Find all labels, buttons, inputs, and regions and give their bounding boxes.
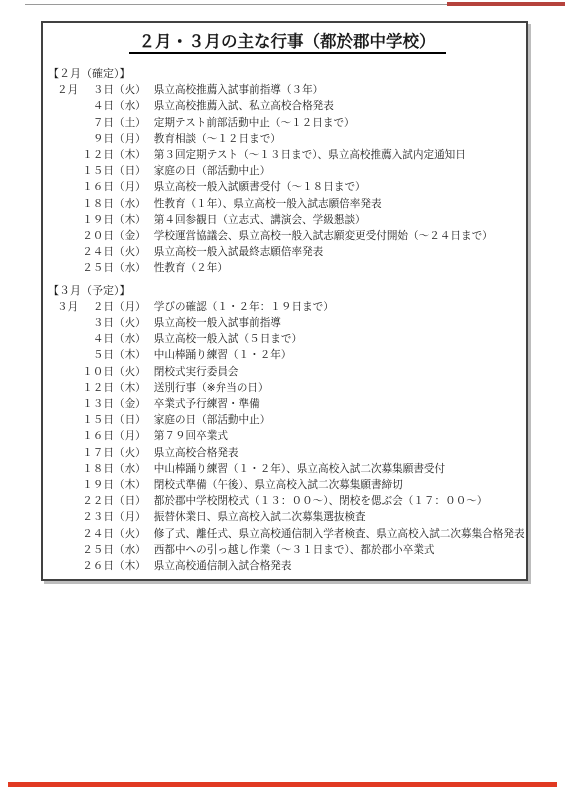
schedule-row: １８日（水）中山棒踊り練習（１・２年）、県立高校入試二次募集願書受付 bbox=[48, 461, 526, 477]
day-cell: １６日 bbox=[81, 179, 114, 195]
day-cell: ３日 bbox=[81, 315, 114, 331]
event-cell: 送別行事（※弁当の日） bbox=[154, 382, 269, 394]
event-cell: 第７９回卒業式 bbox=[154, 430, 228, 442]
event-cell: 県立高校一般入試事前指導 bbox=[154, 317, 281, 329]
event-cell: 西都中への引っ越し作業（～３１日まで）、都於郡小卒業式 bbox=[154, 544, 435, 556]
weekday-cell: （日） bbox=[114, 493, 146, 509]
section-heading-march: 【３月（予定）】 bbox=[48, 283, 526, 299]
schedule-row: １２日（木）送別行事（※弁当の日） bbox=[48, 380, 526, 396]
day-cell: ５日 bbox=[81, 347, 114, 363]
weekday-cell: （木） bbox=[114, 212, 146, 228]
day-cell: ４日 bbox=[81, 331, 114, 347]
month-cell: ３月 bbox=[57, 299, 81, 315]
section-heading-february: 【２月（確定）】 bbox=[48, 66, 526, 82]
weekday-cell: （土） bbox=[114, 115, 146, 131]
day-cell: １２日 bbox=[81, 147, 114, 163]
schedule-row: ２３日（月）振替休業日、県立高校入試二次募集選抜検査 bbox=[48, 509, 526, 525]
event-cell: 卒業式予行練習・準備 bbox=[154, 398, 260, 410]
weekday-cell: （木） bbox=[114, 477, 146, 493]
weekday-cell: （木） bbox=[114, 147, 146, 163]
day-cell: １８日 bbox=[81, 461, 114, 477]
event-cell: 家庭の日（部活動中止） bbox=[154, 165, 271, 177]
weekday-cell: （月） bbox=[114, 179, 146, 195]
schedule-row: １２日（木）第３回定期テスト（～１３日まで）、県立高校推薦入試内定通知日 bbox=[48, 147, 526, 163]
schedule-row: ９日（月）教育相談（～１２日まで） bbox=[48, 131, 526, 147]
schedule-row: １６日（月）県立高校一般入試願書受付（～１８日まで） bbox=[48, 179, 526, 195]
schedule-row: ２５日（水）性教育（２年） bbox=[48, 260, 526, 276]
event-cell: 都於郡中学校閉校式（１３：００～）、閉校を偲ぶ会（１７：００～） bbox=[154, 495, 488, 507]
schedule-row: ３日（火）県立高校一般入試事前指導 bbox=[48, 315, 526, 331]
schedule-row: ２２日（日）都於郡中学校閉校式（１３：００～）、閉校を偲ぶ会（１７：００～） bbox=[48, 493, 526, 509]
day-cell: １９日 bbox=[81, 477, 114, 493]
schedule-row: ２４日（火）県立高校一般入試最終志願倍率発表 bbox=[48, 244, 526, 260]
day-cell: １７日 bbox=[81, 445, 114, 461]
weekday-cell: （水） bbox=[114, 98, 146, 114]
weekday-cell: （月） bbox=[114, 509, 146, 525]
schedule-row: １３日（金）卒業式予行練習・準備 bbox=[48, 396, 526, 412]
bottom-red-bar bbox=[8, 782, 557, 787]
weekday-cell: （金） bbox=[114, 228, 146, 244]
title-row: ２月・３月の主な行事（都於郡中学校） bbox=[48, 31, 526, 53]
event-cell: 閉校式実行委員会 bbox=[154, 366, 239, 378]
weekday-cell: （木） bbox=[114, 347, 146, 363]
day-cell: ２４日 bbox=[81, 244, 114, 260]
top-divider-red-accent bbox=[447, 2, 565, 6]
weekday-cell: （水） bbox=[114, 331, 146, 347]
weekday-cell: （月） bbox=[114, 428, 146, 444]
weekday-cell: （水） bbox=[114, 542, 146, 558]
weekday-cell: （火） bbox=[114, 82, 146, 98]
weekday-cell: （水） bbox=[114, 196, 146, 212]
schedule-row: ５日（木）中山棒踊り練習（１・２年） bbox=[48, 347, 526, 363]
schedule-row: １０日（火）閉校式実行委員会 bbox=[48, 364, 526, 380]
day-cell: １０日 bbox=[81, 364, 114, 380]
event-cell: 性教育（２年） bbox=[154, 262, 228, 274]
event-cell: 定期テスト前部活動中止（～１２日まで） bbox=[154, 117, 355, 129]
event-cell: 学校運営協議会、県立高校一般入試志願変更受付開始（～２４日まで） bbox=[154, 230, 493, 242]
day-cell: ９日 bbox=[81, 131, 114, 147]
schedule-row: １９日（木）第４回参観日（立志式、講演会、学級懇談） bbox=[48, 212, 526, 228]
schedule-row: １５日（日）家庭の日（部活動中止） bbox=[48, 163, 526, 179]
event-cell: 県立高校合格発表 bbox=[154, 447, 239, 459]
event-cell: 中山棒踊り練習（１・２年） bbox=[154, 349, 292, 361]
day-cell: ２５日 bbox=[81, 542, 114, 558]
event-cell: 家庭の日（部活動中止） bbox=[154, 414, 271, 426]
schedule-row: １５日（日）家庭の日（部活動中止） bbox=[48, 412, 526, 428]
event-cell: 振替休業日、県立高校入試二次募集選抜検査 bbox=[154, 511, 366, 523]
day-cell: ３日 bbox=[81, 82, 114, 98]
weekday-cell: （日） bbox=[114, 163, 146, 179]
weekday-cell: （火） bbox=[114, 315, 146, 331]
day-cell: １６日 bbox=[81, 428, 114, 444]
day-cell: ２６日 bbox=[81, 558, 114, 574]
schedule-row: １９日（木）閉校式準備（午後）、県立高校入試二次募集願書締切 bbox=[48, 477, 526, 493]
weekday-cell: （日） bbox=[114, 412, 146, 428]
day-cell: １３日 bbox=[81, 396, 114, 412]
day-cell: ２日 bbox=[81, 299, 114, 315]
event-cell: 県立高校一般入試最終志願倍率発表 bbox=[154, 246, 324, 258]
event-cell: 教育相談（～１２日まで） bbox=[154, 133, 281, 145]
event-cell: 中山棒踊り練習（１・２年）、県立高校入試二次募集願書受付 bbox=[154, 463, 445, 475]
schedule-row: １６日（月）第７９回卒業式 bbox=[48, 428, 526, 444]
day-cell: ２２日 bbox=[81, 493, 114, 509]
schedule-list-march: ３月２日（月）学びの確認（１・２年：１９日まで） ３日（火）県立高校一般入試事前… bbox=[48, 299, 526, 574]
event-cell: 県立高校一般入試願書受付（～１８日まで） bbox=[154, 181, 366, 193]
schedule-row: ２５日（水）西都中への引っ越し作業（～３１日まで）、都於郡小卒業式 bbox=[48, 542, 526, 558]
day-cell: ２０日 bbox=[81, 228, 114, 244]
schedule-row: ２０日（金）学校運営協議会、県立高校一般入試志願変更受付開始（～２４日まで） bbox=[48, 228, 526, 244]
day-cell: １８日 bbox=[81, 196, 114, 212]
schedule-list-february: ２月３日（火）県立高校推薦入試事前指導（３年） ４日（水）県立高校推薦入試、私立… bbox=[48, 82, 526, 276]
day-cell: １５日 bbox=[81, 412, 114, 428]
weekday-cell: （火） bbox=[114, 445, 146, 461]
section-february: 【２月（確定）】 ２月３日（火）県立高校推薦入試事前指導（３年） ４日（水）県立… bbox=[48, 66, 526, 277]
schedule-row: ２月３日（火）県立高校推薦入試事前指導（３年） bbox=[48, 82, 526, 98]
event-cell: 修了式、離任式、県立高校通信制入学者検査、県立高校入試二次募集合格発表 bbox=[154, 528, 525, 540]
weekday-cell: （水） bbox=[114, 461, 146, 477]
weekday-cell: （月） bbox=[114, 131, 146, 147]
schedule-row: ３月２日（月）学びの確認（１・２年：１９日まで） bbox=[48, 299, 526, 315]
event-cell: 県立高校推薦入試、私立高校合格発表 bbox=[154, 100, 334, 112]
section-march: 【３月（予定）】 ３月２日（月）学びの確認（１・２年：１９日まで） ３日（火）県… bbox=[48, 283, 526, 575]
schedule-row: １７日（火）県立高校合格発表 bbox=[48, 445, 526, 461]
weekday-cell: （木） bbox=[114, 558, 146, 574]
weekday-cell: （火） bbox=[114, 526, 146, 542]
month-cell: ２月 bbox=[57, 82, 81, 98]
event-cell: 第４回参観日（立志式、講演会、学級懇談） bbox=[154, 214, 366, 226]
event-cell: 学びの確認（１・２年：１９日まで） bbox=[154, 301, 334, 313]
schedule-row: ７日（土）定期テスト前部活動中止（～１２日まで） bbox=[48, 115, 526, 131]
day-cell: １９日 bbox=[81, 212, 114, 228]
day-cell: ２３日 bbox=[81, 509, 114, 525]
event-cell: 県立高校通信制入試合格発表 bbox=[154, 560, 292, 572]
day-cell: ２５日 bbox=[81, 260, 114, 276]
event-cell: 県立高校推薦入試事前指導（３年） bbox=[154, 84, 324, 96]
weekday-cell: （火） bbox=[114, 244, 146, 260]
schedule-row: ２６日（木）県立高校通信制入試合格発表 bbox=[48, 558, 526, 574]
event-cell: 性教育（１年）、県立高校一般入試志願倍率発表 bbox=[154, 198, 382, 210]
day-cell: ７日 bbox=[81, 115, 114, 131]
schedule-row: ２４日（火）修了式、離任式、県立高校通信制入学者検査、県立高校入試二次募集合格発… bbox=[48, 526, 526, 542]
event-cell: 閉校式準備（午後）、県立高校入試二次募集願書締切 bbox=[154, 479, 403, 491]
schedule-row: ４日（水）県立高校推薦入試、私立高校合格発表 bbox=[48, 98, 526, 114]
weekday-cell: （金） bbox=[114, 396, 146, 412]
schedule-row: １８日（水）性教育（１年）、県立高校一般入試志願倍率発表 bbox=[48, 196, 526, 212]
document-title: ２月・３月の主な行事（都於郡中学校） bbox=[129, 33, 446, 54]
schedule-row: ４日（水）県立高校一般入試（５日まで） bbox=[48, 331, 526, 347]
weekday-cell: （木） bbox=[114, 380, 146, 396]
weekday-cell: （火） bbox=[114, 364, 146, 380]
day-cell: ４日 bbox=[81, 98, 114, 114]
day-cell: １５日 bbox=[81, 163, 114, 179]
weekday-cell: （水） bbox=[114, 260, 146, 276]
day-cell: １２日 bbox=[81, 380, 114, 396]
event-cell: 県立高校一般入試（５日まで） bbox=[154, 333, 302, 345]
schedule-box: ２月・３月の主な行事（都於郡中学校） 【２月（確定）】 ２月３日（火）県立高校推… bbox=[41, 21, 528, 581]
day-cell: ２４日 bbox=[81, 526, 114, 542]
event-cell: 第３回定期テスト（～１３日まで）、県立高校推薦入試内定通知日 bbox=[154, 149, 466, 161]
weekday-cell: （月） bbox=[114, 299, 146, 315]
